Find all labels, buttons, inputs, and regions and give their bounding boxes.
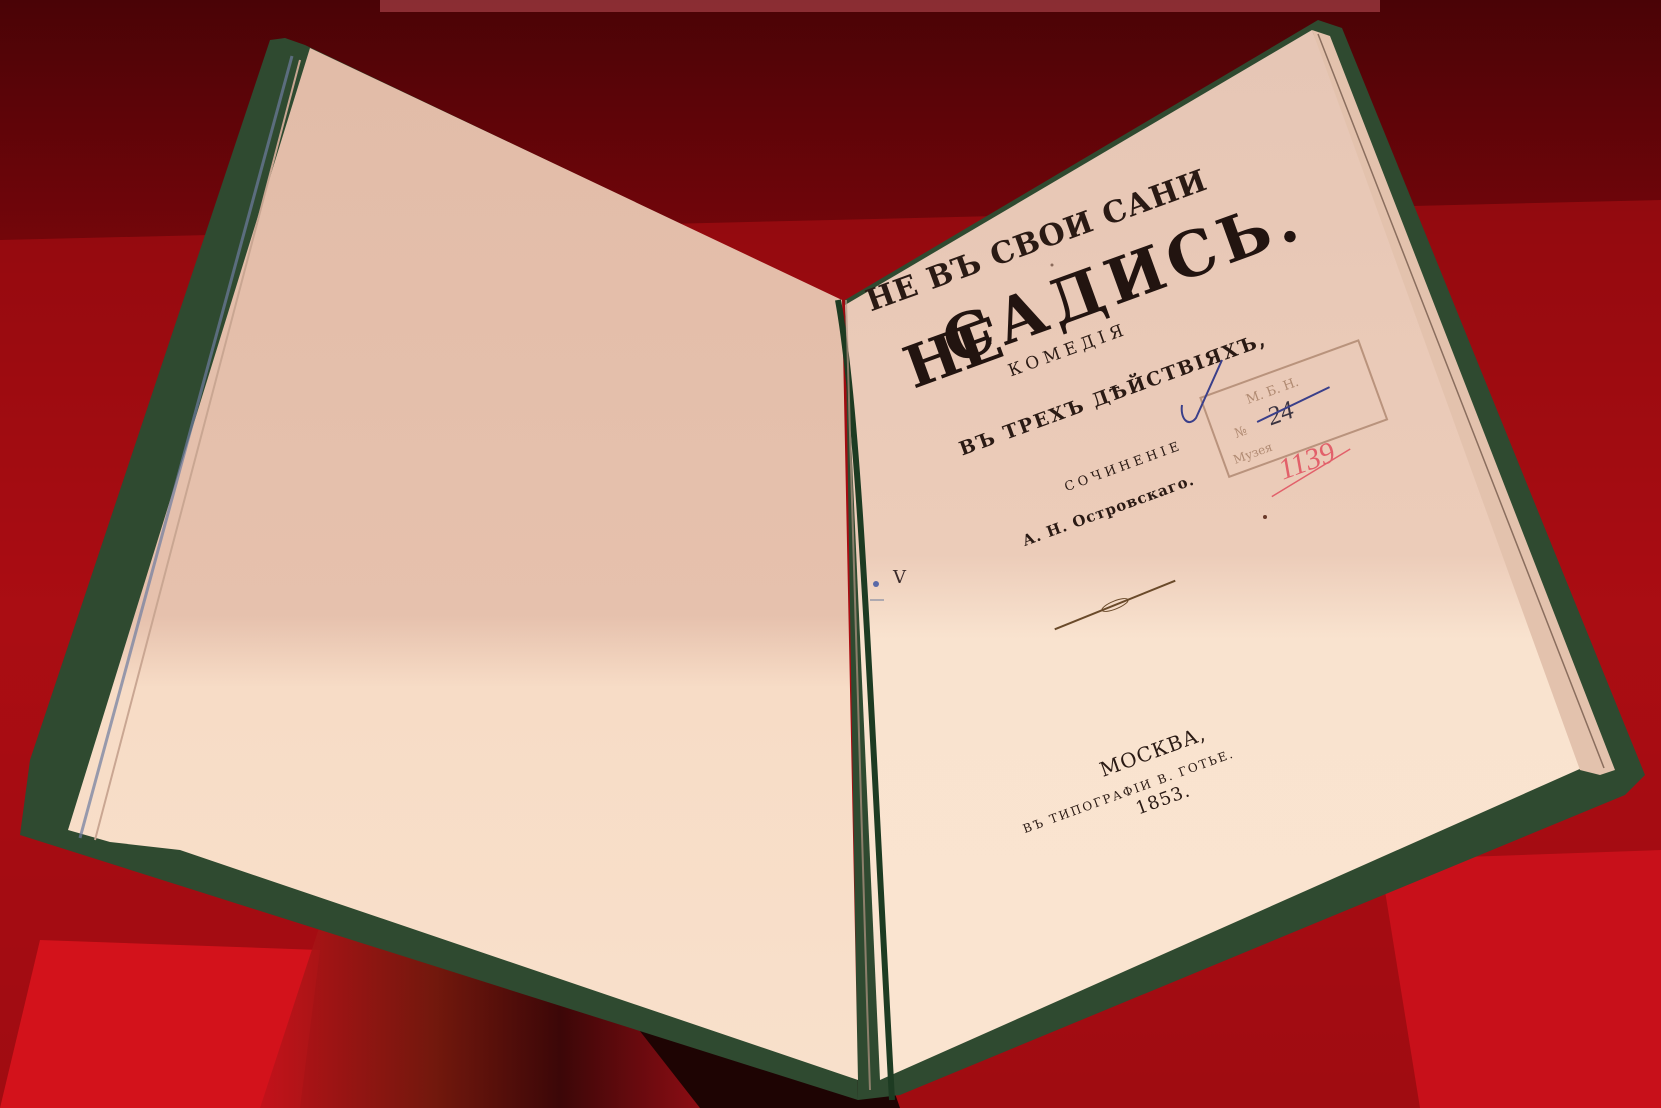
photo-canvas: НЕ ВЪ СВОИ САНИ НЕ САДИСЬ. КОМЕДІЯ ВЪ ТР…: [0, 0, 1661, 1108]
museum-book-photo: НЕ ВЪ СВОИ САНИ НЕ САДИСЬ. КОМЕДІЯ ВЪ ТР…: [0, 0, 1661, 1108]
gutter-pencil-dot: [873, 581, 879, 587]
page-speck: [1051, 264, 1054, 267]
table-bright-patch-right: [1380, 850, 1661, 1108]
gutter-check-icon: V: [892, 567, 907, 588]
vitrine-top-highlight: [380, 0, 1380, 12]
page-speck: [1263, 515, 1267, 519]
